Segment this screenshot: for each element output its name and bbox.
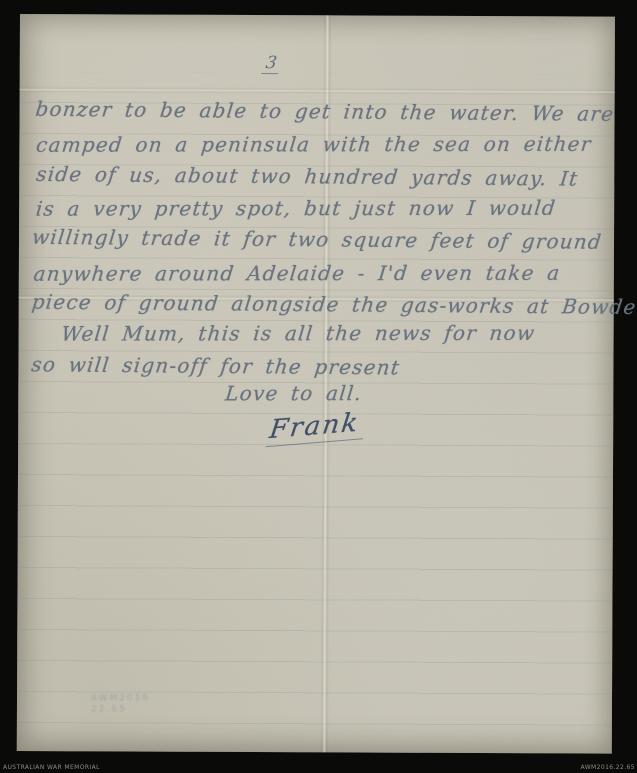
letter-line: bonzer to be able to get into the water.… xyxy=(34,97,615,126)
letter-line: piece of ground alongside the gas-works … xyxy=(31,290,637,319)
faint-archive-stamp-line2: 22.65 xyxy=(91,704,150,716)
signature: Frank xyxy=(265,407,367,447)
letter-line: camped on a peninsula with the sea on ei… xyxy=(35,132,593,157)
letter-closing: Love to all. xyxy=(224,381,363,405)
letter-page: 3 bonzer to be able to get into the wate… xyxy=(17,14,615,754)
faint-archive-stamp: AWM2016 22.65 xyxy=(91,693,151,716)
letter-line: side of us, about two hundred yards away… xyxy=(35,162,580,191)
page-number: 3 xyxy=(261,53,281,74)
letter-line: willingly trade it for two square feet o… xyxy=(31,225,604,254)
letter-line: is a very pretty spot, but just now I wo… xyxy=(35,196,558,221)
archive-caption-right: AWM2016.22.65 xyxy=(581,764,635,771)
letter-line: anywhere around Adelaide - I'd even take… xyxy=(32,261,561,286)
faint-archive-stamp-line1: AWM2016 xyxy=(91,693,150,705)
letter-line: so will sign-off for the present xyxy=(30,352,401,379)
scanned-letter-frame: 3 bonzer to be able to get into the wate… xyxy=(0,0,637,773)
archive-caption-left: AUSTRALIAN WAR MEMORIAL xyxy=(3,764,100,771)
horizontal-fold-crease-top xyxy=(20,86,615,96)
letter-line: Well Mum, this is all the news for now xyxy=(60,321,536,346)
